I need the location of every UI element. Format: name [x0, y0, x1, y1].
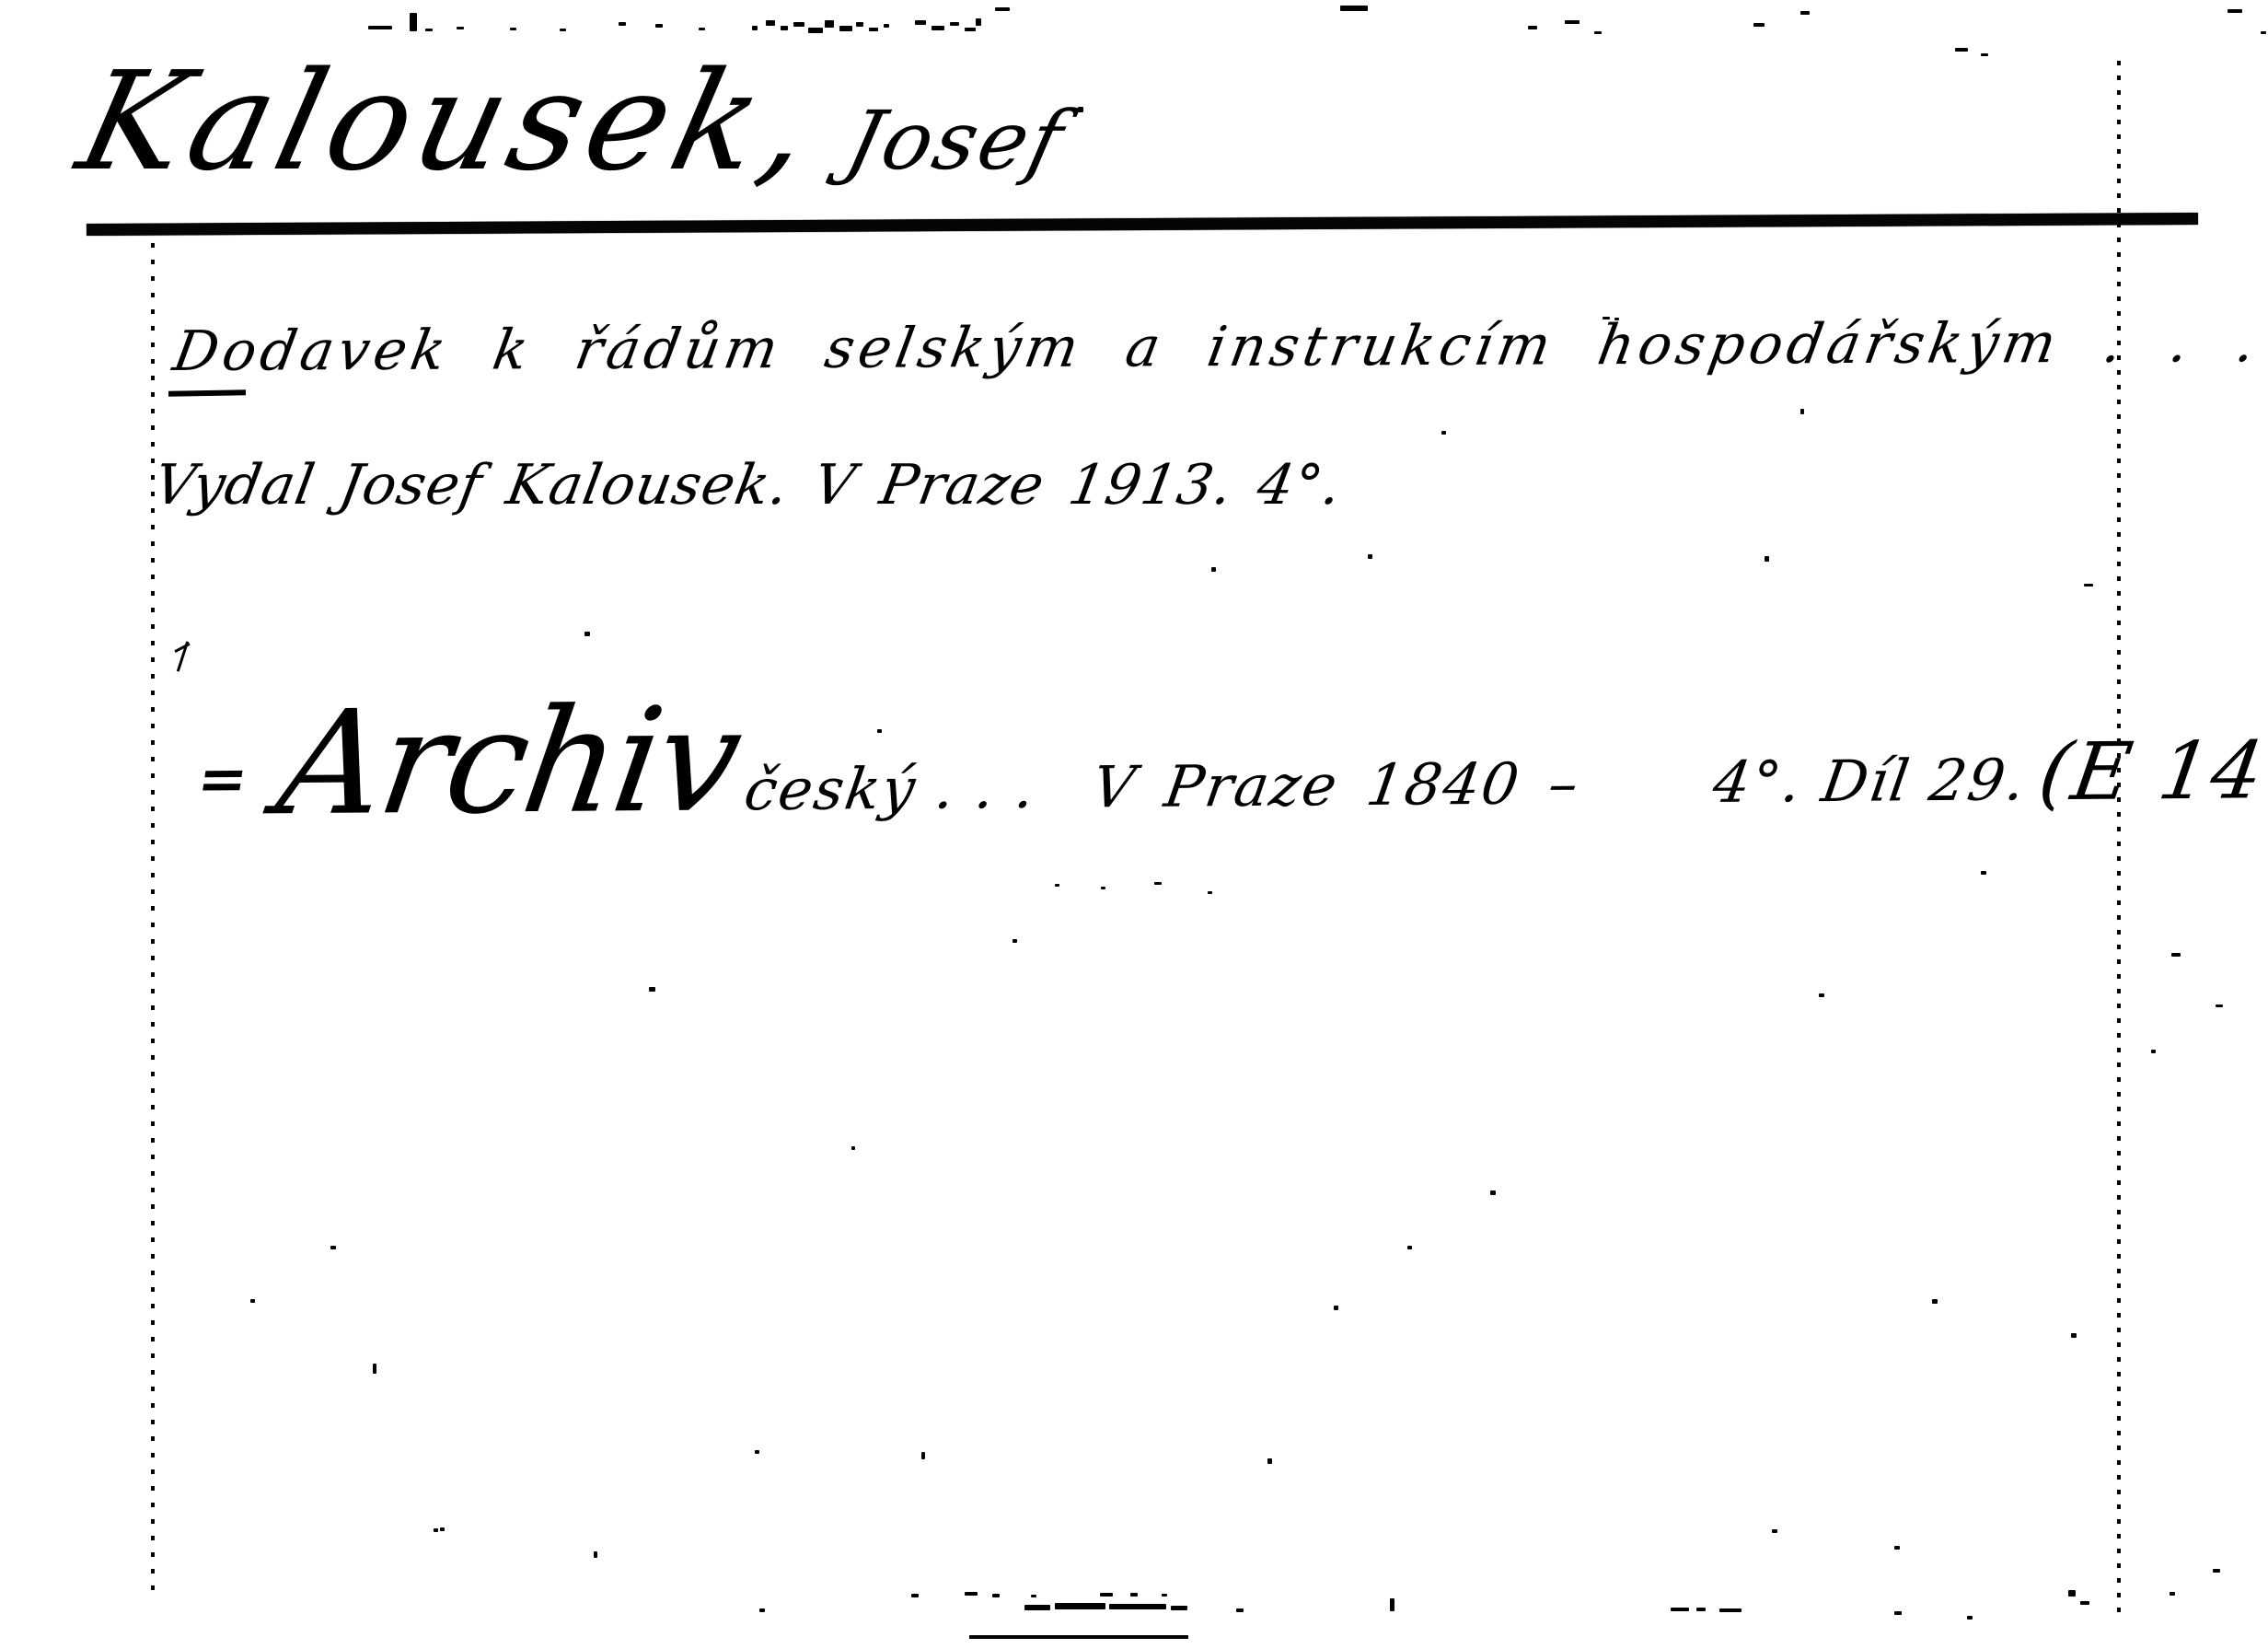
series-title: Archiv [271, 688, 748, 835]
noise-speck [2261, 31, 2266, 34]
noise-speck [457, 27, 464, 29]
noise-speck [755, 1450, 759, 1454]
noise-speck [1894, 1546, 1900, 1550]
noise-speck [1981, 53, 1988, 56]
noise-speck [510, 28, 516, 30]
noise-speck [425, 29, 433, 31]
noise-speck [1340, 6, 1368, 11]
right-margin-dotted-line [2117, 61, 2121, 1619]
noise-speck [1800, 409, 1804, 414]
noise-speck [2068, 1590, 2076, 1597]
stray-pen-mark [171, 641, 193, 674]
noise-speck [995, 7, 1010, 11]
left-margin-dotted-line [151, 243, 155, 1595]
noise-speck [699, 28, 705, 30]
series-format-volume: 4°. Díl 29. [1709, 751, 2031, 811]
noise-speck [1603, 317, 1610, 319]
noise-speck [330, 1246, 336, 1249]
noise-speck [752, 26, 758, 30]
noise-speck [856, 22, 863, 27]
noise-speck [1894, 1611, 1902, 1615]
noise-speck [1236, 1608, 1244, 1612]
noise-speck [1407, 1246, 1412, 1249]
noise-speck [1109, 1604, 1166, 1609]
noise-speck [1162, 1594, 1167, 1597]
imprint-line: Vydal Josef Kalousek. V Praze 1913. 4°. [150, 458, 1346, 513]
noise-speck [1671, 1608, 1689, 1611]
noise-speck [368, 26, 392, 29]
noise-speck [1368, 554, 1372, 559]
noise-speck [1565, 20, 1579, 24]
noise-speck [2213, 1569, 2220, 1573]
noise-speck [1719, 1608, 1741, 1612]
noise-speck [1614, 318, 1619, 320]
noise-speck [1078, 107, 1083, 112]
noise-speck [619, 22, 626, 26]
noise-speck [1055, 1603, 1105, 1609]
noise-speck [1772, 1529, 1777, 1533]
heading-forename: Josef [839, 100, 1072, 181]
noise-speck [655, 24, 663, 28]
noise-speck [2084, 584, 2093, 586]
noise-speck [2170, 1592, 2175, 1596]
noise-speck [851, 1146, 855, 1150]
noise-speck [1012, 939, 1017, 943]
noise-speck [931, 26, 944, 30]
noise-speck [594, 1551, 597, 1558]
noise-speck [1490, 1190, 1496, 1195]
noise-speck [1390, 1598, 1394, 1611]
noise-speck [808, 28, 823, 33]
noise-speck [1765, 556, 1769, 562]
noise-speck [1955, 48, 1968, 52]
noise-speck [965, 28, 976, 31]
noise-speck [1441, 431, 1446, 435]
noise-speck [1753, 23, 1765, 27]
noise-speck [584, 632, 590, 636]
noise-speck [965, 1592, 978, 1596]
noise-speck [1334, 1306, 1338, 1310]
noise-speck [1208, 891, 1212, 894]
noise-speck [1594, 31, 1602, 34]
series-place-date: V Praze 1840 – [1089, 755, 1584, 816]
noise-speck [1031, 1595, 1036, 1597]
noise-speck [976, 18, 981, 26]
noise-speck [1101, 887, 1105, 889]
noise-speck [793, 22, 804, 27]
noise-speck [1981, 871, 1986, 875]
equals-sign: = [193, 749, 249, 808]
noise-speck [1130, 1593, 1138, 1597]
noise-speck [440, 1527, 445, 1531]
noise-speck [869, 28, 878, 31]
noise-speck [911, 1594, 919, 1597]
heading-rule [87, 213, 2198, 236]
noise-speck [2216, 1004, 2223, 1007]
noise-speck [1100, 1593, 1113, 1597]
noise-speck [2071, 1333, 2077, 1338]
noise-speck [921, 1452, 925, 1459]
noise-speck [884, 24, 889, 28]
noise-speck [1267, 1458, 1272, 1464]
noise-speck [915, 20, 926, 25]
noise-speck [2171, 953, 2181, 957]
series-qualifier: český . . . [741, 760, 1040, 819]
noise-speck [649, 987, 655, 992]
noise-speck [759, 1608, 765, 1612]
heading-surname: Kalousek, [68, 53, 830, 190]
noise-speck [1211, 567, 1216, 572]
noise-speck [766, 20, 775, 26]
noise-speck [2080, 1601, 2089, 1605]
noise-speck [1055, 884, 1059, 887]
title-initial-underline [168, 389, 246, 396]
noise-speck [1154, 882, 1162, 885]
noise-speck [950, 22, 959, 26]
noise-speck [781, 26, 788, 30]
noise-speck [560, 29, 566, 31]
noise-speck [825, 20, 834, 28]
noise-speck [1171, 1606, 1187, 1610]
noise-speck [1696, 1608, 1706, 1611]
noise-speck [434, 1528, 438, 1532]
shelfmark: (E 147.) [2034, 730, 2268, 812]
noise-speck [1800, 11, 1810, 15]
series-entry: = Archiv český . . . V Praze 1840 – 4°. … [190, 675, 2268, 836]
noise-speck [1024, 1605, 1050, 1610]
noise-speck [992, 1594, 1000, 1597]
noise-speck [839, 26, 852, 31]
bottom-scan-line [969, 1635, 1188, 1639]
noise-speck [2227, 9, 2242, 13]
noise-speck [410, 13, 417, 31]
noise-speck [877, 729, 882, 733]
noise-speck [373, 1364, 376, 1374]
noise-speck [1967, 1616, 1973, 1620]
title-line-1: Dodavek k řádům selským a instrukcím hos… [169, 315, 2263, 379]
noise-speck [2151, 1050, 2156, 1053]
noise-speck [1528, 26, 1537, 29]
card-heading: Kalousek, Josef [68, 53, 1083, 190]
noise-speck [250, 1299, 255, 1303]
catalog-card: Kalousek, Josef Dodavek k řádům selským … [0, 0, 2268, 1649]
noise-speck [1819, 993, 1824, 997]
noise-speck [1932, 1299, 1938, 1304]
title-line-1-text: odavek k řádům selským a instrukcím hosp… [217, 310, 2264, 384]
